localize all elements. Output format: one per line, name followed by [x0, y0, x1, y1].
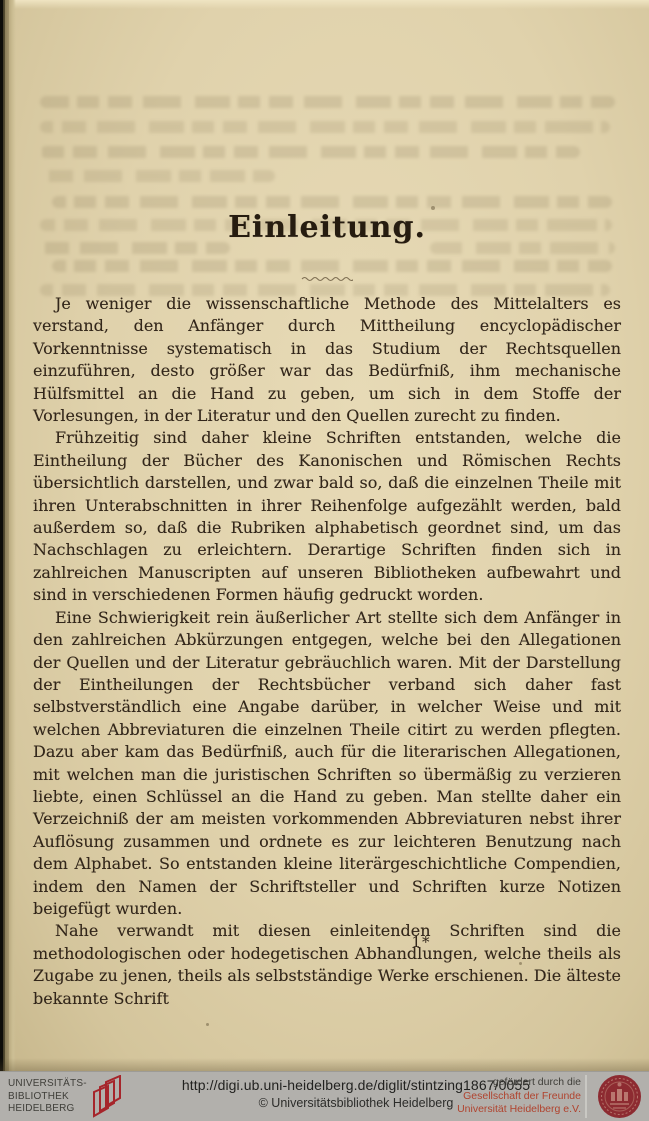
funding-line1: gefördert durch die [457, 1076, 581, 1090]
university-seal-icon [597, 1074, 642, 1121]
digitization-footer-bar: UNIVERSITÄTS- BIBLIOTHEK HEIDELBERG http… [0, 1071, 649, 1121]
scanned-book-page: Einleitung. Je weniger die wissenschaftl… [0, 0, 649, 1121]
paragraph-1: Je weniger die wissenschaftliche Methode… [33, 293, 621, 427]
book-spine-edge [0, 0, 16, 1072]
library-name-line2: BIBLIOTHEK [8, 1091, 87, 1104]
page-title: Einleitung. [33, 210, 621, 245]
library-name-line1: UNIVERSITÄTS- [8, 1078, 87, 1091]
funding-line3: Universität Heidelberg e.V. [457, 1103, 581, 1117]
library-logo-icon [85, 1075, 127, 1121]
signature-mark: 1* [391, 933, 451, 951]
paragraph-4: Nahe verwandt mit diesen einleitenden Sc… [33, 920, 621, 1010]
paper-speck [206, 1023, 209, 1026]
funding-line2: Gesellschaft der Freunde [457, 1090, 581, 1104]
library-name: UNIVERSITÄTS- BIBLIOTHEK HEIDELBERG [8, 1078, 87, 1116]
footer-divider [585, 1075, 587, 1118]
paper-background: Einleitung. Je weniger die wissenschaftl… [0, 0, 649, 1072]
funding-credit: gefördert durch die Gesellschaft der Fre… [457, 1076, 581, 1117]
paragraph-2: Frühzeitig sind daher kleine Schriften e… [33, 427, 621, 606]
body-text: Je weniger die wissenschaftliche Methode… [33, 293, 621, 1010]
paragraph-3: Eine Schwierigkeit rein äußerlicher Art … [33, 607, 621, 921]
library-name-line3: HEIDELBERG [8, 1103, 87, 1116]
ornament-squiggle-icon [33, 268, 621, 287]
